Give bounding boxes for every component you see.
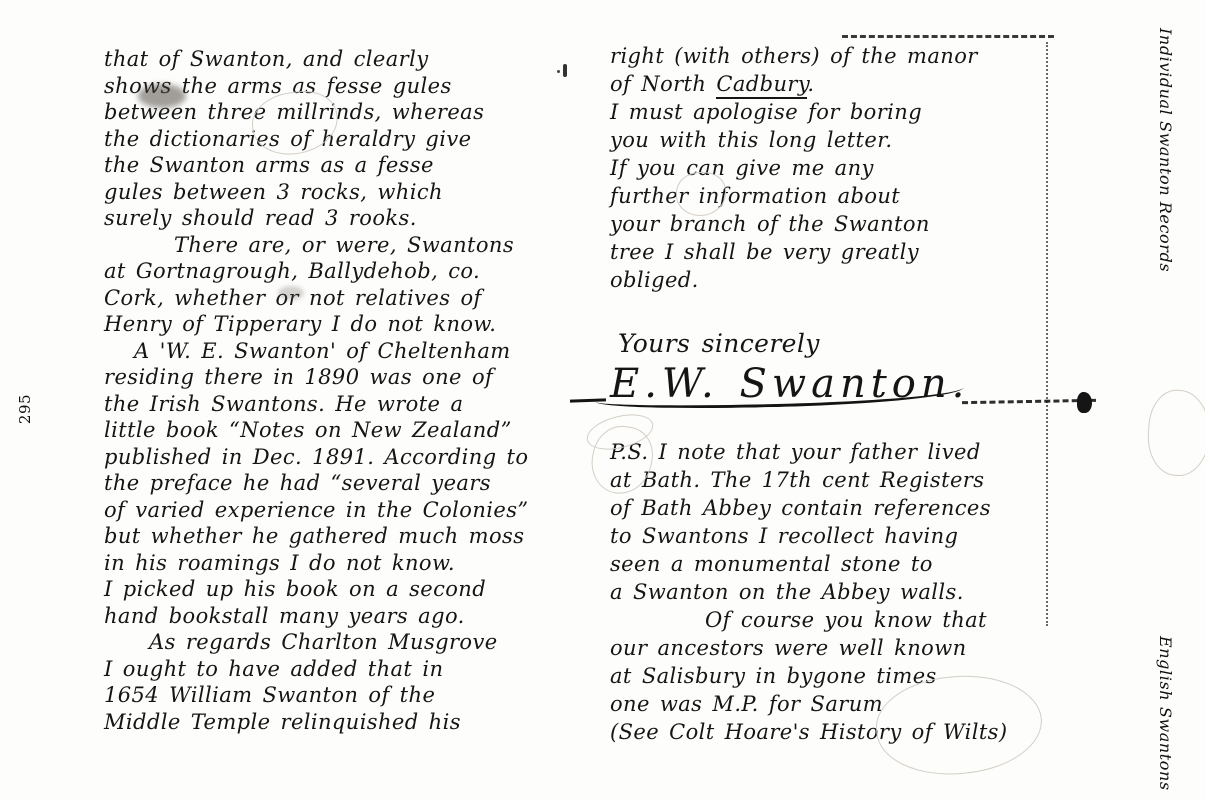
right-margin-caption-bottom: English Swantons xyxy=(1156,636,1175,786)
letter-line: of varied experience in the Colonies” xyxy=(104,497,590,524)
letter-line: the preface he had “several years xyxy=(104,470,590,497)
letter-line: I ought to have added that in xyxy=(104,656,590,683)
letter-line: A 'W. E. Swanton' of Cheltenham xyxy=(134,338,590,365)
letter-line: little book “Notes on New Zealand” xyxy=(104,417,590,444)
letter-line: seen a monumental stone to xyxy=(610,550,1105,578)
letter-line: the Swanton arms as a fesse xyxy=(104,152,590,179)
page-number: 295 xyxy=(16,386,34,432)
letter-line: As regards Charlton Musgrove xyxy=(149,629,590,656)
letter-line: of Bath Abbey contain references xyxy=(610,494,1105,522)
letter-line: residing there in 1890 was one of xyxy=(104,364,590,391)
letter-line: in his roamings I do not know. xyxy=(104,550,590,577)
letter-line: Cork, whether or not relatives of xyxy=(104,285,590,312)
letter-line: your branch of the Swanton xyxy=(610,210,1105,238)
letter-line: I picked up his book on a second xyxy=(104,576,590,603)
scan-edge-line-top xyxy=(842,35,1054,38)
scan-edge-tick xyxy=(563,64,567,77)
letter-line: you with this long letter. xyxy=(610,126,1105,154)
ink-smudge xyxy=(138,84,186,108)
letter-line: 1654 William Swanton of the xyxy=(104,682,590,709)
letter-column-right: right (with others) of the manorof North… xyxy=(610,42,1105,746)
letter-column-left: that of Swanton, and clearlyshows the ar… xyxy=(104,46,590,735)
letter-line: P.S. I note that your father lived xyxy=(610,438,1105,466)
paper-crease xyxy=(1145,388,1205,478)
letter-line: at Salisbury in bygone times xyxy=(610,662,1105,690)
letter-line: gules between 3 rocks, which xyxy=(104,179,590,206)
letter-line: published in Dec. 1891. According to xyxy=(104,444,590,471)
letter-line: a Swanton on the Abbey walls. xyxy=(610,578,1105,606)
letter-line: of North Cadbury. xyxy=(610,70,1105,98)
scanned-letter-page: 295 Individual Swanton Records English S… xyxy=(0,0,1205,800)
letter-line: to Swantons I recollect having xyxy=(610,522,1105,550)
letter-line: I must apologise for boring xyxy=(610,98,1105,126)
scan-edge-tick-dot xyxy=(557,70,560,73)
letter-line: Yours sincerely xyxy=(618,328,1105,360)
letter-line: obliged. xyxy=(610,266,1105,294)
letter-line: Middle Temple relinquished his xyxy=(104,709,590,736)
letter-line: at Bath. The 17th cent Registers xyxy=(610,466,1105,494)
letter-line: our ancestors were well known xyxy=(610,634,1105,662)
ink-blot xyxy=(1077,392,1092,413)
underlined-word: Cadbury xyxy=(716,72,807,99)
letter-line: Of course you know that xyxy=(705,606,1105,634)
letter-line: but whether he gathered much moss xyxy=(104,523,590,550)
letter-line: There are, or were, Swantons xyxy=(174,232,590,259)
letter-line: E.W. Swanton. xyxy=(610,360,969,408)
letter-line: that of Swanton, and clearly xyxy=(104,46,590,73)
scan-edge-dots-right xyxy=(1046,42,1048,626)
letter-line: tree I shall be very greatly xyxy=(610,238,1105,266)
letter-line: right (with others) of the manor xyxy=(610,42,1105,70)
letter-line: surely should read 3 rooks. xyxy=(104,205,590,232)
letter-line: the Irish Swantons. He wrote a xyxy=(104,391,590,418)
right-margin-caption-top: Individual Swanton Records xyxy=(1156,28,1175,258)
ink-smudge-small xyxy=(278,286,304,300)
letter-line: Henry of Tipperary I do not know. xyxy=(104,311,590,338)
letter-line: at Gortnagrough, Ballydehob, co. xyxy=(104,258,590,285)
letter-line: the dictionaries of heraldry give xyxy=(104,126,590,153)
letter-line: hand bookstall many years ago. xyxy=(104,603,590,630)
